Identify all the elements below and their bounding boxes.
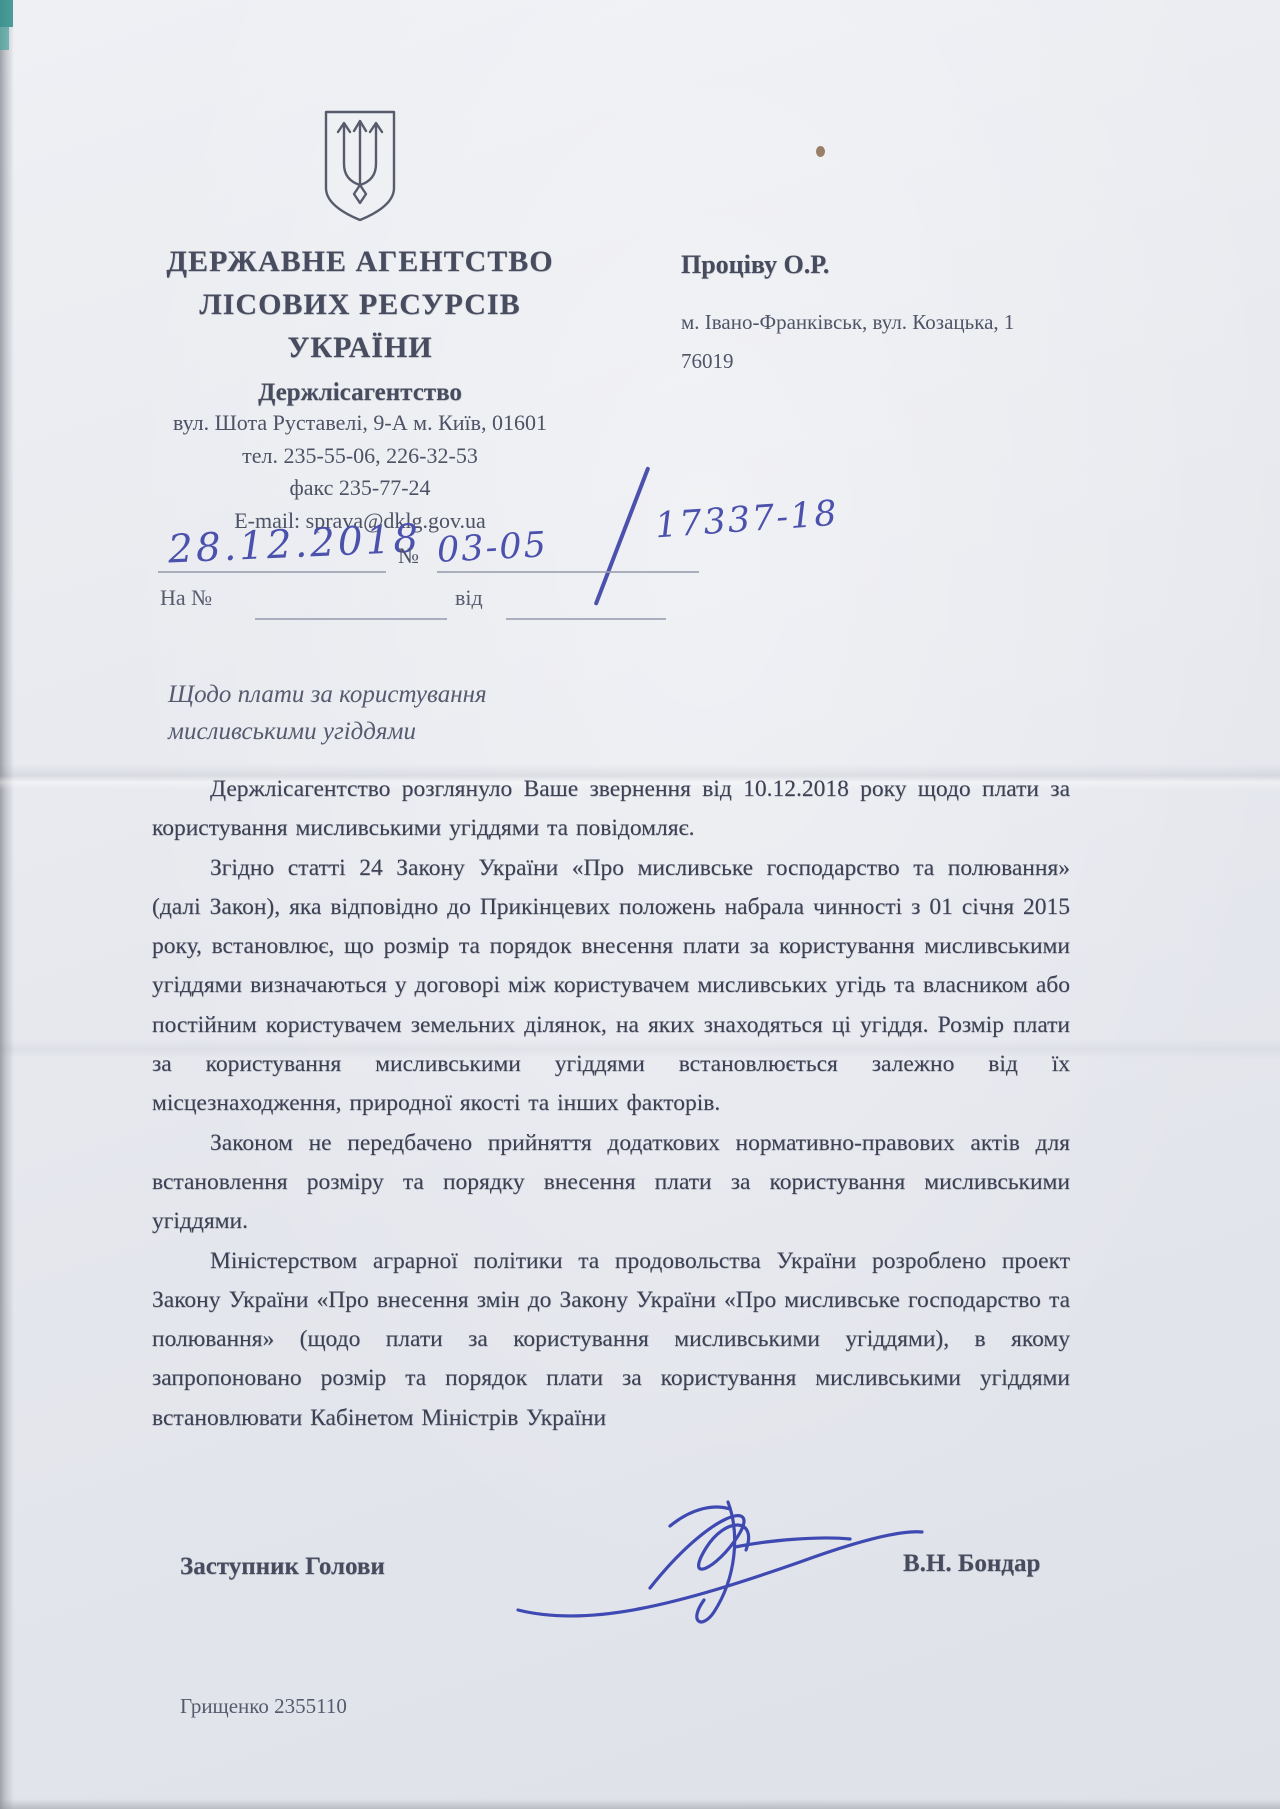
body-paragraph: Міністерством аграрної політики та продо… <box>152 1242 1070 1438</box>
signer-name: В.Н. Бондар <box>903 1550 1040 1578</box>
recipient-postcode: 76019 <box>681 349 1111 374</box>
from-date-label: від <box>455 585 483 611</box>
scan-edge-shadow <box>0 0 14 1809</box>
subject-line: Щодо плати за користування мисливськими … <box>168 676 588 750</box>
org-name-line3: УКРАЇНИ <box>95 326 625 369</box>
tryzub-emblem-icon <box>318 108 402 226</box>
letter-body: Держлісагентство розглянуло Ваше звернен… <box>152 770 1070 1438</box>
org-name-line1: ДЕРЖАВНЕ АГЕНТСТВО <box>95 240 625 283</box>
reply-number-underline <box>255 618 447 620</box>
scanned-letter-page: ДЕРЖАВНЕ АГЕНТСТВО ЛІСОВИХ РЕСУРСІВ УКРА… <box>0 0 1280 1809</box>
letterhead: ДЕРЖАВНЕ АГЕНТСТВО ЛІСОВИХ РЕСУРСІВ УКРА… <box>95 108 625 537</box>
executor-contact: Грищенко 2355110 <box>180 1694 347 1719</box>
handwritten-date: 28.12.2018 <box>167 516 422 572</box>
org-name-line2: ЛІСОВИХ РЕСУРСІВ <box>95 283 625 326</box>
org-phone: тел. 235-55-06, 226-32-53 <box>95 440 625 473</box>
org-short-name: Держлісагентство <box>95 379 625 407</box>
org-address: вул. Шота Руставелі, 9-А м. Київ, 01601 <box>95 407 625 440</box>
subject-line1: Щодо плати за користування <box>168 676 588 713</box>
body-paragraph: Держлісагентство розглянуло Ваше звернен… <box>152 770 1070 849</box>
recipient-block: Проціву О.Р. м. Івано-Франківськ, вул. К… <box>681 250 1111 374</box>
from-date-underline <box>506 618 666 620</box>
scan-color-mark <box>0 27 9 50</box>
reply-number-label: На № <box>160 585 212 611</box>
signature-ink <box>500 1492 930 1642</box>
scan-bottom-shadow <box>0 1799 1280 1809</box>
handwritten-number-prefix: 03-05 <box>436 525 549 571</box>
signer-title: Заступник Голови <box>180 1553 385 1581</box>
body-paragraph: Законом не передбачено прийняття додатко… <box>152 1124 1070 1242</box>
subject-line2: мисливськими угіддями <box>168 713 588 750</box>
scan-color-mark <box>0 0 13 27</box>
scan-speck <box>816 146 825 157</box>
number-sign-label: № <box>398 543 419 569</box>
recipient-name: Проціву О.Р. <box>681 250 1111 280</box>
number-underline <box>437 571 699 573</box>
body-paragraph: Згідно статті 24 Закону України «Про мис… <box>152 849 1070 1124</box>
org-fax: факс 235-77-24 <box>95 472 625 505</box>
date-underline <box>158 571 386 573</box>
recipient-address: м. Івано-Франківськ, вул. Козацька, 1 <box>681 310 1111 335</box>
handwritten-number-suffix: 17337-18 <box>654 494 840 547</box>
